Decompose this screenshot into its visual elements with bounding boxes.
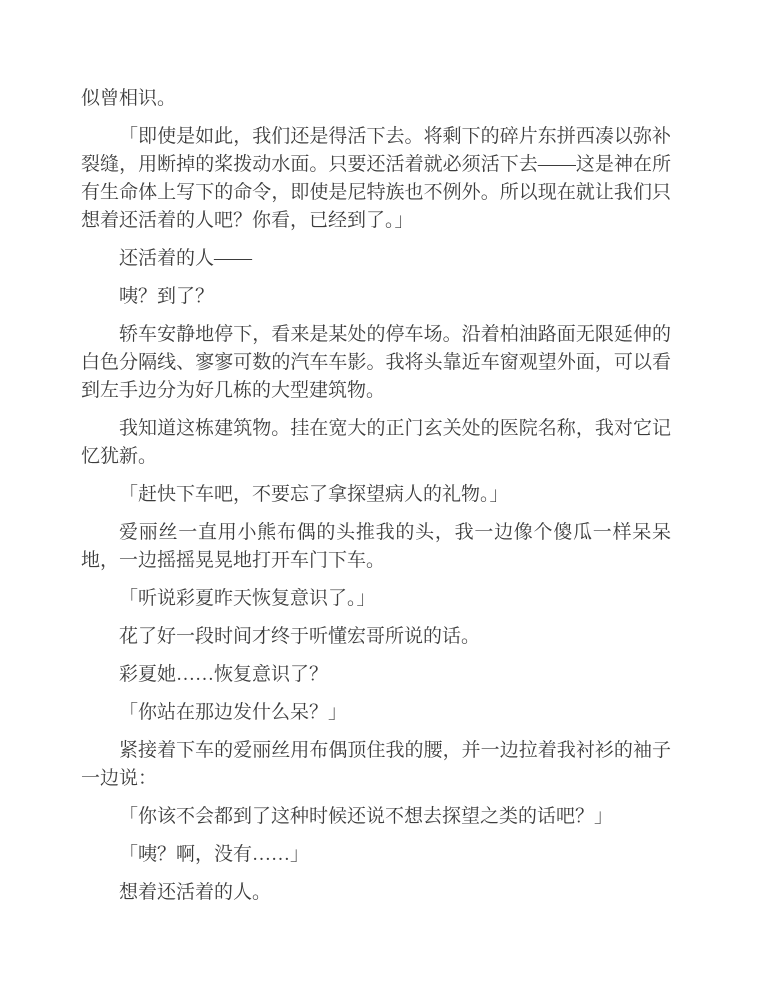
paragraph: 花了好一段时间才终于听懂宏哥所说的话。 <box>81 623 671 651</box>
paragraph: 彩夏她……恢复意识了？ <box>81 661 671 689</box>
paragraph: 似曾相识。 <box>81 85 671 113</box>
paragraph: 我知道这栋建筑物。挂在宽大的正门玄关处的医院名称，我对它记忆犹新。 <box>81 415 671 471</box>
paragraph: 「你站在那边发什么呆？」 <box>81 699 671 727</box>
paragraph: 紧接着下车的爱丽丝用布偶顶住我的腰，并一边拉着我衬衫的袖子一边说： <box>81 737 671 793</box>
paragraph: 「即使是如此，我们还是得活下去。将剩下的碎片东拼西凑以弥补裂缝，用断掉的桨拨动水… <box>81 123 671 235</box>
paragraph: 咦？到了？ <box>81 283 671 311</box>
document-page: 似曾相识。「即使是如此，我们还是得活下去。将剩下的碎片东拼西凑以弥补裂缝，用断掉… <box>0 0 765 990</box>
paragraph: 「咦？啊，没有……」 <box>81 841 671 869</box>
paragraph: 轿车安静地停下，看来是某处的停车场。沿着柏油路面无限延伸的白色分隔线、寥寥可数的… <box>81 321 671 405</box>
page-text: 似曾相识。「即使是如此，我们还是得活下去。将剩下的碎片东拼西凑以弥补裂缝，用断掉… <box>81 85 671 917</box>
paragraph: 爱丽丝一直用小熊布偶的头推我的头，我一边像个傻瓜一样呆呆地，一边摇摇晃晃地打开车… <box>81 519 671 575</box>
paragraph: 「你该不会都到了这种时候还说不想去探望之类的话吧？」 <box>81 803 671 831</box>
paragraph: 还活着的人—— <box>81 245 671 273</box>
paragraph: 「听说彩夏昨天恢复意识了。」 <box>81 585 671 613</box>
paragraph: 想着还活着的人。 <box>81 879 671 907</box>
paragraph: 「赶快下车吧，不要忘了拿探望病人的礼物。」 <box>81 481 671 509</box>
